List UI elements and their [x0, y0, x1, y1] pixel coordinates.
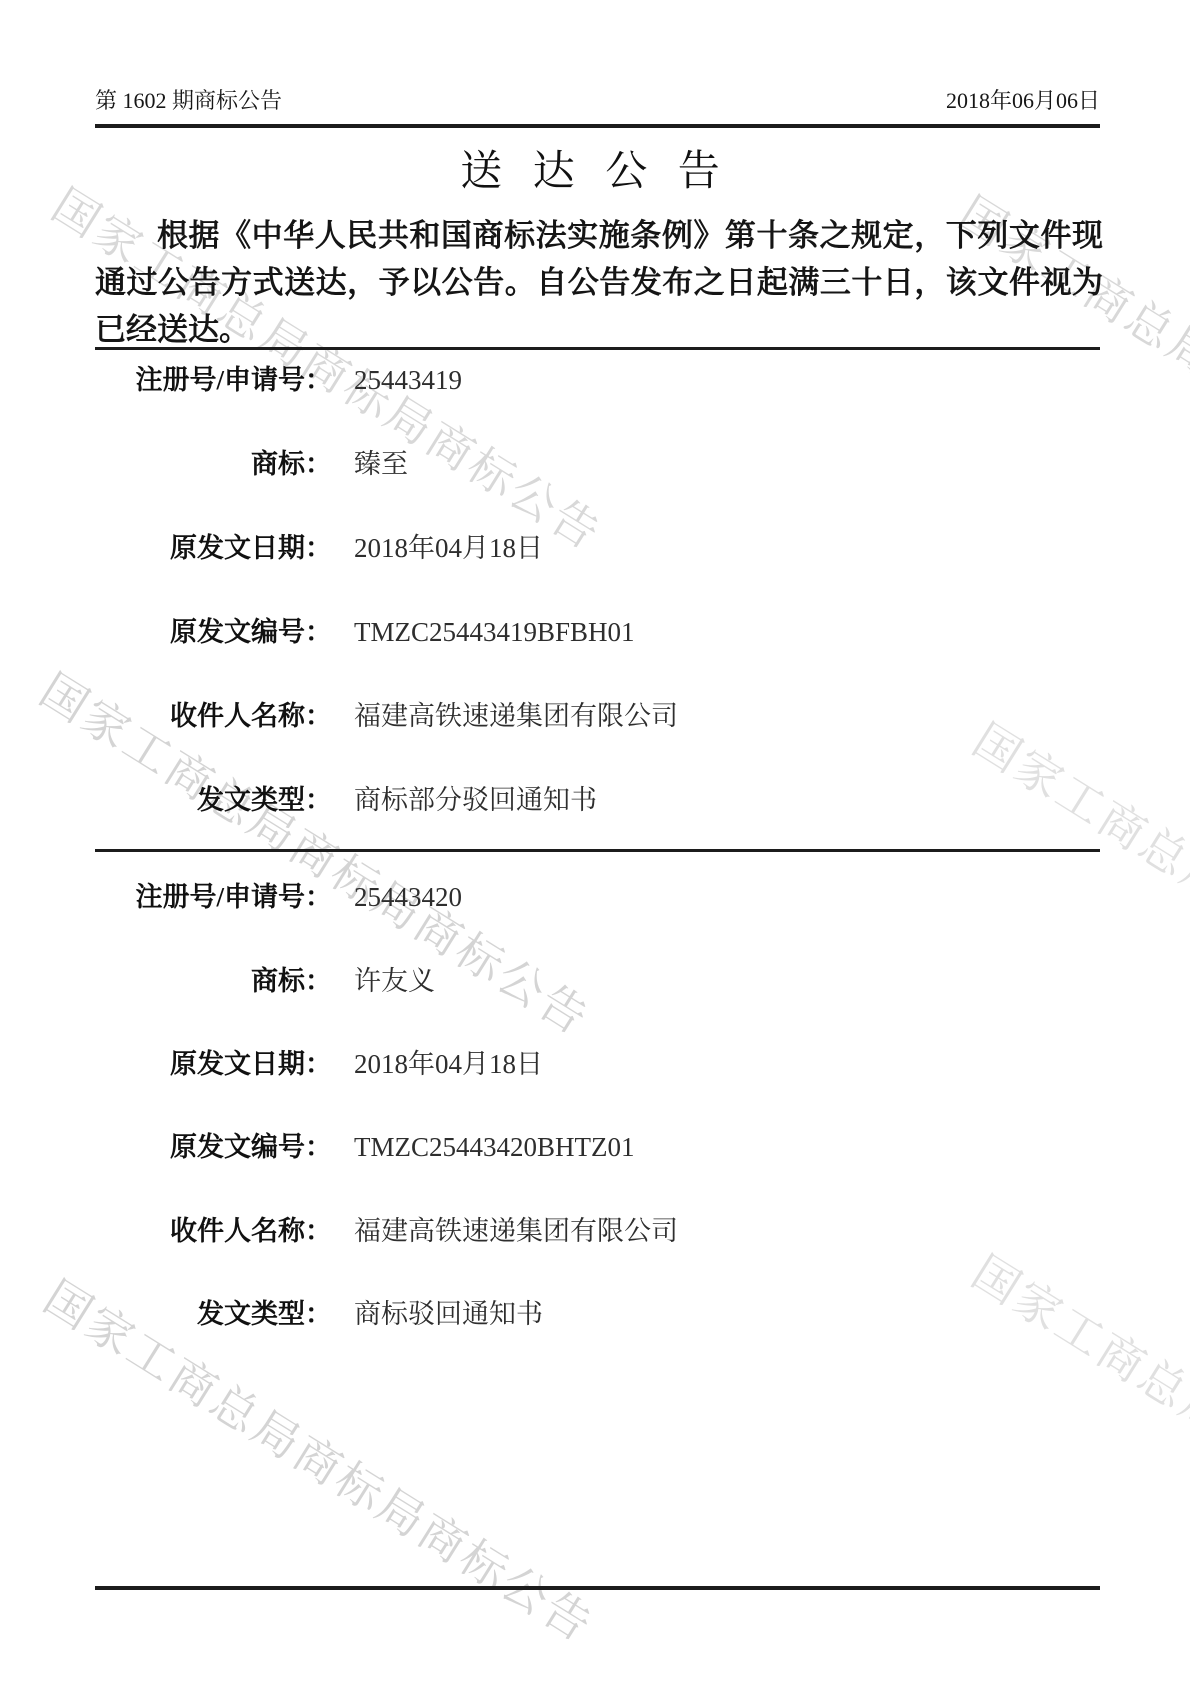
orig-date-value: 2018年04月18日 — [354, 533, 543, 563]
doc-type-value: 商标部分驳回通知书 — [354, 785, 597, 815]
field-row-recipient: 收件人名称： 福建高铁速递集团有限公司 — [85, 1216, 678, 1246]
field-row-orig-date: 原发文日期： 2018年04月18日 — [85, 533, 543, 563]
issue-number: 第 1602 期商标公告 — [95, 84, 282, 115]
page-title: 送 达 公 告 — [0, 138, 1190, 198]
field-row-orig-no: 原发文编号： TMZC25443420BHTZ01 — [85, 1132, 635, 1162]
field-row-recipient: 收件人名称： 福建高铁速递集团有限公司 — [85, 701, 678, 731]
gazette-page: 国家工商总局商标局商标公告 国家工商总局商标局商标公告 国家工商总局商标局商标公… — [0, 0, 1190, 1684]
doc-type-label: 发文类型： — [85, 1299, 332, 1329]
bottom-rule — [95, 1586, 1100, 1590]
page-header: 第 1602 期商标公告 2018年06月06日 — [95, 84, 1100, 115]
field-row-reg-no: 注册号/申请号： 25443420 — [85, 882, 462, 912]
field-row-reg-no: 注册号/申请号： 25443419 — [85, 365, 462, 395]
recipient-label: 收件人名称： — [85, 1216, 332, 1246]
orig-date-label: 原发文日期： — [85, 1049, 332, 1079]
field-row-doc-type: 发文类型： 商标部分驳回通知书 — [85, 785, 597, 815]
reg-no-value: 25443420 — [354, 882, 462, 912]
intro-paragraph: 根据《中华人民共和国商标法实施条例》第十条之规定，下列文件现通过公告方式送达，予… — [95, 212, 1103, 353]
record-divider — [95, 849, 1100, 852]
orig-date-label: 原发文日期： — [85, 533, 332, 563]
reg-no-value: 25443419 — [354, 365, 462, 395]
watermark: 国家工商总局商标局商标公告 — [962, 705, 1190, 1099]
field-row-orig-no: 原发文编号： TMZC25443419BFBH01 — [85, 617, 635, 647]
section-rule — [95, 347, 1100, 350]
orig-date-value: 2018年04月18日 — [354, 1049, 543, 1079]
reg-no-label: 注册号/申请号： — [85, 365, 332, 395]
trademark-label: 商标： — [85, 966, 332, 996]
trademark-label: 商标： — [85, 449, 332, 479]
orig-no-label: 原发文编号： — [85, 1132, 332, 1162]
field-row-doc-type: 发文类型： 商标驳回通知书 — [85, 1299, 543, 1329]
orig-no-label: 原发文编号： — [85, 617, 332, 647]
field-row-trademark: 商标： 许友义 — [85, 966, 435, 996]
recipient-value: 福建高铁速递集团有限公司 — [354, 1216, 678, 1246]
recipient-label: 收件人名称： — [85, 701, 332, 731]
recipient-value: 福建高铁速递集团有限公司 — [354, 701, 678, 731]
field-row-trademark: 商标： 臻至 — [85, 449, 408, 479]
field-row-orig-date: 原发文日期： 2018年04月18日 — [85, 1049, 543, 1079]
trademark-value: 许友义 — [354, 966, 435, 996]
doc-type-value: 商标驳回通知书 — [354, 1299, 543, 1329]
reg-no-label: 注册号/申请号： — [85, 882, 332, 912]
orig-no-value: TMZC25443419BFBH01 — [354, 617, 635, 647]
doc-type-label: 发文类型： — [85, 785, 332, 815]
orig-no-value: TMZC25443420BHTZ01 — [354, 1132, 635, 1162]
header-rule — [95, 124, 1100, 128]
publication-date: 2018年06月06日 — [946, 84, 1100, 115]
trademark-value: 臻至 — [354, 449, 408, 479]
watermark: 国家工商总局商标局商标公告 — [961, 1237, 1190, 1631]
